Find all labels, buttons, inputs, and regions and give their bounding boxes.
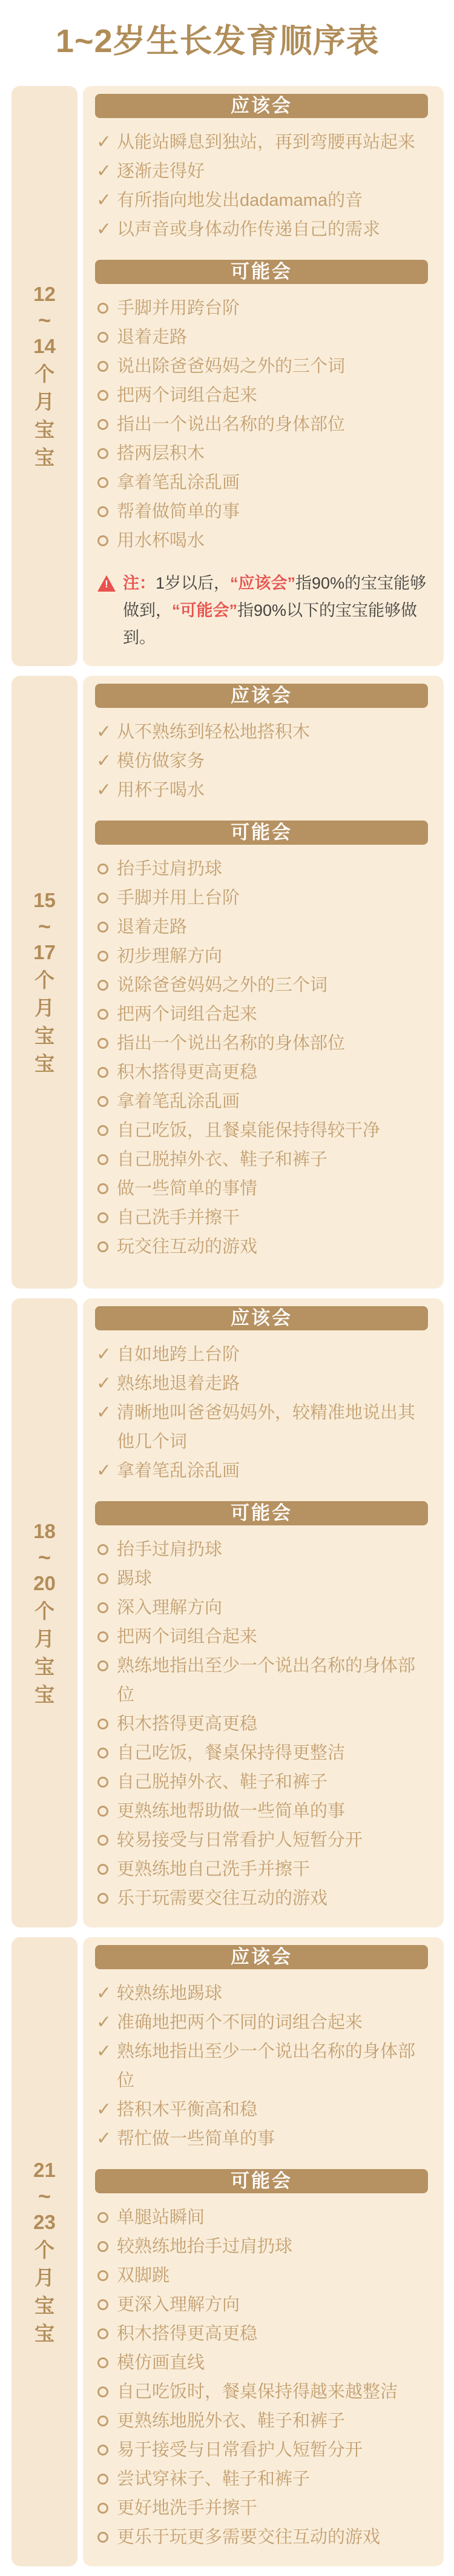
item-text: 用杯子喝水 [117,776,428,805]
circle-icon [97,1893,108,1904]
list-item: 说出除爸爸妈妈之外的三个词 [95,352,428,381]
marker-cell [95,526,117,546]
list-item: 熟练地指出至少一个说出名称的身体部位 [95,1651,428,1709]
age-label-token: 15 [33,887,56,914]
marker-cell [95,2232,117,2252]
list-item: 较熟练地抬手过肩扔球 [95,2232,428,2261]
check-icon: ✓ [95,1979,111,2008]
item-text: 搭积木平衡高和稳 [117,2095,428,2124]
group-header-might: 可能会 [95,260,428,284]
group-header-should: 应该会 [95,684,428,708]
check-icon: ✓ [95,2095,111,2124]
circle-icon [97,2445,108,2455]
marker-cell [95,1087,117,1107]
group-header-should: 应该会 [95,94,428,118]
circle-icon [97,1125,108,1136]
check-icon: ✓ [95,747,111,776]
age-sidebar: 12~14个月宝宝 [12,86,77,666]
item-text: 自己吃饭，餐桌保持得更整洁 [117,1739,428,1768]
age-label-token: 月 [35,994,54,1022]
marker-cell [95,1000,117,1020]
item-text: 帮着做简单的事 [117,497,428,526]
circle-icon [97,2299,108,2310]
marker-cell: ✓ [95,157,117,186]
item-text: 双脚跳 [117,2261,428,2290]
list-item: 用水杯喝水 [95,526,428,555]
list-item: 更熟练地帮助做一些简单的事 [95,1797,428,1826]
marker-cell [95,971,117,991]
item-text: 拿着笔乱涂乱画 [117,1087,428,1116]
item-text: 指出一个说出名称的身体部位 [117,1029,428,1058]
marker-cell: ✓ [95,718,117,747]
item-text: 有所指向地发出dadamama的音 [117,186,428,215]
list-item: 把两个词组合起来 [95,1622,428,1651]
list-item: 抬手过肩扔球 [95,1535,428,1564]
circle-icon [97,1154,108,1165]
item-text: 把两个词组合起来 [117,1000,428,1029]
item-text: 退着走路 [117,323,428,352]
age-label-token: 18 [33,1518,56,1545]
marker-cell [95,1535,117,1555]
age-label-token: 14 [33,332,56,360]
list-item: 初步理解方向 [95,942,428,971]
item-text: 手脚并用上台阶 [117,883,428,913]
age-label-token: 个 [35,2236,54,2264]
marker-cell [95,381,117,401]
marker-cell [95,1651,117,1671]
age-section: 21~23个月宝宝应该会✓较熟练地踢球✓准确地把两个不同的词组合起来✓熟练地指出… [12,1937,454,2566]
note-segment: 注： [123,574,156,592]
circle-icon [97,419,108,430]
marker-cell [95,439,117,459]
list-item: 自己脱掉外衣、鞋子和裤子 [95,1768,428,1797]
item-text: 手脚并用跨台阶 [117,294,428,323]
age-label-token: 宝 [35,1653,54,1681]
page-title: 1~2岁生长发育顺序表 [56,22,454,61]
circle-icon [97,1835,108,1846]
check-icon: ✓ [95,1456,111,1485]
note-segment: 1岁以后， [156,574,230,592]
check-icon: ✓ [95,2037,111,2066]
item-text: 从不熟练到轻松地搭积木 [117,718,428,747]
item-text: 熟练地指出至少一个说出名称的身体部位 [117,2037,428,2095]
list-item: ✓拿着笔乱涂乱画 [95,1456,428,1485]
circle-icon [97,1212,108,1223]
list-item: 手脚并用跨台阶 [95,294,428,323]
list-item: ✓用杯子喝水 [95,776,428,805]
marker-cell [95,2261,117,2281]
marker-cell [95,854,117,874]
marker-cell [95,323,117,343]
list-item: 玩交往互动的游戏 [95,1232,428,1261]
item-text: 模仿做家务 [117,747,428,776]
content-panel: 应该会✓较熟练地踢球✓准确地把两个不同的词组合起来✓熟练地指出至少一个说出名称的… [83,1937,444,2566]
circle-icon [97,448,108,459]
list-item: ✓准确地把两个不同的词组合起来 [95,2008,428,2037]
marker-cell [95,1232,117,1252]
check-icon: ✓ [95,215,111,244]
list-item: 双脚跳 [95,2261,428,2290]
item-text: 初步理解方向 [117,942,428,971]
list-item: 深入理解方向 [95,1593,428,1622]
marker-cell [95,1622,117,1642]
item-text: 积木搭得更高更稳 [117,1709,428,1739]
item-list: 抬手过肩扔球手脚并用上台阶退着走路初步理解方向说除爸爸妈妈之外的三个词把两个词组… [95,854,428,1261]
circle-icon [97,2270,108,2281]
check-icon: ✓ [95,186,111,215]
marker-cell [95,352,117,372]
age-label-token: 宝 [35,444,54,472]
item-text: 拿着笔乱涂乱画 [117,1456,428,1485]
circle-icon [97,2416,108,2426]
item-text: 更深入理解方向 [117,2290,428,2319]
item-text: 指出一个说出名称的身体部位 [117,410,428,439]
item-text: 更熟练地脱外衣、鞋子和裤子 [117,2406,428,2436]
circle-icon [97,1660,108,1671]
age-label-token: 宝 [35,1681,54,1709]
item-text: 自如地跨上台阶 [117,1340,428,1369]
circle-icon [97,535,108,546]
item-text: 更熟练地帮助做一些简单的事 [117,1797,428,1826]
circle-icon [97,361,108,372]
age-label-token: ~ [38,1545,51,1570]
marker-cell: ✓ [95,1369,117,1398]
marker-cell [95,2377,117,2397]
age-label-token: ~ [38,308,51,332]
age-label-token: 个 [35,966,54,994]
list-item: ✓清晰地叫爸爸妈妈外，较精准地说出其他几个词 [95,1398,428,1456]
age-label-token: 20 [33,1570,56,1597]
age-label-token: 月 [35,388,54,416]
item-text: 帮忙做一些简单的事 [117,2124,428,2153]
check-icon: ✓ [95,776,111,805]
item-text: 较易接受与日常看护人短暂分开 [117,1826,428,1855]
item-text: 退着走路 [117,913,428,942]
item-list: 手脚并用跨台阶退着走路说出除爸爸妈妈之外的三个词把两个词组合起来指出一个说出名称… [95,294,428,555]
marker-cell [95,1145,117,1165]
marker-cell [95,942,117,962]
list-item: ✓熟练地退着走路 [95,1369,428,1398]
age-label-token: 23 [33,2208,56,2236]
circle-icon [97,1067,108,1078]
circle-icon [97,2328,108,2339]
item-list: ✓从能站瞬息到独站，再到弯腰再站起来✓逐渐走得好✓有所指向地发出dadamama… [95,128,428,244]
list-item: 模仿画直线 [95,2348,428,2377]
note-segment: “应该会” [230,574,295,592]
marker-cell [95,2436,117,2455]
circle-icon [97,922,108,933]
marker-cell: ✓ [95,2095,117,2124]
circle-icon [97,1241,108,1252]
list-item: 乐于玩需要交往互动的游戏 [95,1884,428,1913]
marker-cell [95,1768,117,1788]
list-item: 自己吃饭时，餐桌保持得越来越整洁 [95,2377,428,2406]
content-panel: 应该会✓自如地跨上台阶✓熟练地退着走路✓清晰地叫爸爸妈妈外，较精准地说出其他几个… [83,1298,444,1927]
marker-cell: ✓ [95,186,117,215]
circle-icon [97,951,108,962]
marker-cell [95,883,117,903]
circle-icon [97,506,108,517]
item-list: ✓自如地跨上台阶✓熟练地退着走路✓清晰地叫爸爸妈妈外，较精准地说出其他几个词✓拿… [95,1340,428,1485]
age-label-token: 宝 [35,2320,54,2348]
list-item: 拿着笔乱涂乱画 [95,1087,428,1116]
circle-icon [97,2241,108,2252]
item-text: 自己吃饭时，餐桌保持得越来越整洁 [117,2377,428,2406]
list-item: 踢球 [95,1564,428,1593]
circle-icon [97,864,108,874]
list-item: 自己脱掉外衣、鞋子和裤子 [95,1145,428,1174]
note-segment: “可能会” [172,601,237,619]
item-text: 说除爸爸妈妈之外的三个词 [117,971,428,1000]
list-item: 退着走路 [95,913,428,942]
circle-icon [97,2503,108,2514]
item-text: 搭两层积木 [117,439,428,468]
check-icon: ✓ [95,1398,111,1427]
check-icon: ✓ [95,1340,111,1369]
age-label-token: ~ [38,914,51,939]
circle-icon [97,2532,108,2543]
marker-cell: ✓ [95,1456,117,1485]
age-label-token: 21 [33,2156,56,2184]
marker-cell [95,468,117,488]
list-item: 更深入理解方向 [95,2290,428,2319]
marker-cell [95,1739,117,1759]
item-text: 单腿站瞬间 [117,2203,428,2232]
list-item: 积木搭得更高更稳 [95,2319,428,2348]
circle-icon [97,2357,108,2368]
marker-cell [95,2319,117,2339]
item-text: 以声音或身体动作传递自己的需求 [117,215,428,244]
marker-cell: ✓ [95,2008,117,2037]
item-list: 单腿站瞬间较熟练地抬手过肩扔球双脚跳更深入理解方向积木搭得更高更稳模仿画直线自己… [95,2203,428,2552]
age-label-token: 宝 [35,2292,54,2320]
item-text: 拿着笔乱涂乱画 [117,468,428,497]
marker-cell: ✓ [95,1340,117,1369]
circle-icon [97,1544,108,1555]
item-text: 抬手过肩扔球 [117,1535,428,1564]
list-item: 更熟练地自己洗手并擦干 [95,1855,428,1884]
list-item: 积木搭得更高更稳 [95,1709,428,1739]
item-text: 逐渐走得好 [117,157,428,186]
age-sidebar: 18~20个月宝宝 [12,1298,77,1927]
group-header-might: 可能会 [95,1501,428,1525]
marker-cell [95,2406,117,2426]
check-icon: ✓ [95,2124,111,2153]
item-text: 用水杯喝水 [117,526,428,555]
marker-cell [95,2494,117,2514]
age-sidebar: 15~17个月宝宝 [12,676,77,1289]
warning-icon: ! [97,575,118,592]
circle-icon [97,1009,108,1020]
list-item: 积木搭得更高更稳 [95,1058,428,1087]
age-section: 18~20个月宝宝应该会✓自如地跨上台阶✓熟练地退着走路✓清晰地叫爸爸妈妈外，较… [12,1298,454,1927]
age-label-token: 宝 [35,1022,54,1050]
item-text: 更乐于玩更多需要交往互动的游戏 [117,2523,428,2552]
age-label-token: 宝 [35,1050,54,1078]
item-list: ✓较熟练地踢球✓准确地把两个不同的词组合起来✓熟练地指出至少一个说出名称的身体部… [95,1979,428,2153]
marker-cell [95,1203,117,1223]
age-label-token: ~ [38,2184,51,2208]
list-item: ✓从不熟练到轻松地搭积木 [95,718,428,747]
marker-cell [95,497,117,517]
circle-icon [97,390,108,401]
marker-cell [95,410,117,430]
circle-icon [97,477,108,488]
age-label-token: 宝 [35,416,54,444]
list-item: 自己吃饭，餐桌保持得更整洁 [95,1739,428,1768]
item-text: 自己洗手并擦干 [117,1203,428,1232]
marker-cell [95,2203,117,2223]
list-item: 把两个词组合起来 [95,381,428,410]
circle-icon [97,2474,108,2485]
age-section: 15~17个月宝宝应该会✓从不熟练到轻松地搭积木✓模仿做家务✓用杯子喝水可能会抬… [12,676,454,1289]
list-item: ✓搭积木平衡高和稳 [95,2095,428,2124]
circle-icon [97,332,108,343]
circle-icon [97,1183,108,1194]
list-item: 尝试穿袜子、鞋子和裤子 [95,2465,428,2494]
circle-icon [97,303,108,314]
marker-cell [95,1029,117,1049]
item-text: 更熟练地自己洗手并擦干 [117,1855,428,1884]
item-text: 模仿画直线 [117,2348,428,2377]
marker-cell [95,1884,117,1904]
circle-icon [97,1602,108,1613]
circle-icon [97,2212,108,2223]
marker-cell: ✓ [95,128,117,157]
content-panel: 应该会✓从不熟练到轻松地搭积木✓模仿做家务✓用杯子喝水可能会抬手过肩扔球手脚并用… [83,676,444,1289]
list-item: 手脚并用上台阶 [95,883,428,913]
item-text: 清晰地叫爸爸妈妈外，较精准地说出其他几个词 [117,1398,428,1456]
age-label-token: 个 [35,1597,54,1625]
age-sidebar: 21~23个月宝宝 [12,1937,77,2566]
list-item: 易于接受与日常看护人短暂分开 [95,2436,428,2465]
marker-cell [95,1564,117,1584]
item-text: 熟练地退着走路 [117,1369,428,1398]
item-list: ✓从不熟练到轻松地搭积木✓模仿做家务✓用杯子喝水 [95,718,428,805]
marker-cell [95,1855,117,1875]
check-icon: ✓ [95,2008,111,2037]
list-item: 更乐于玩更多需要交往互动的游戏 [95,2523,428,2552]
age-section: 12~14个月宝宝应该会✓从能站瞬息到独站，再到弯腰再站起来✓逐渐走得好✓有所指… [12,86,454,666]
check-icon: ✓ [95,128,111,157]
list-item: 把两个词组合起来 [95,1000,428,1029]
circle-icon [97,1631,108,1642]
item-text: 积木搭得更高更稳 [117,2319,428,2348]
note-text: 注：1岁以后，“应该会”指90%的宝宝能够做到，“可能会”指90%以下的宝宝能够… [118,570,428,652]
note: !注：1岁以后，“应该会”指90%的宝宝能够做到，“可能会”指90%以下的宝宝能… [95,570,428,652]
list-item: ✓以声音或身体动作传递自己的需求 [95,215,428,244]
list-item: ✓逐渐走得好 [95,157,428,186]
list-item: 搭两层积木 [95,439,428,468]
marker-cell [95,2523,117,2543]
check-icon: ✓ [95,718,111,747]
item-text: 把两个词组合起来 [117,381,428,410]
marker-cell [95,1174,117,1194]
marker-cell [95,2348,117,2368]
item-list: 抬手过肩扔球踢球深入理解方向把两个词组合起来熟练地指出至少一个说出名称的身体部位… [95,1535,428,1913]
marker-cell [95,1709,117,1729]
marker-cell: ✓ [95,747,117,776]
marker-cell [95,1058,117,1078]
item-text: 自己脱掉外衣、鞋子和裤子 [117,1145,428,1174]
item-text: 说出除爸爸妈妈之外的三个词 [117,352,428,381]
item-text: 熟练地指出至少一个说出名称的身体部位 [117,1651,428,1709]
circle-icon [97,1748,108,1759]
group-header-might: 可能会 [95,2169,428,2193]
list-item: 较易接受与日常看护人短暂分开 [95,1826,428,1855]
list-item: 自己吃饭，且餐桌能保持得较干净 [95,1116,428,1145]
list-item: 指出一个说出名称的身体部位 [95,410,428,439]
marker-cell [95,2290,117,2310]
list-item: ✓熟练地指出至少一个说出名称的身体部位 [95,2037,428,2095]
age-label-token: 月 [35,2264,54,2292]
circle-icon [97,1573,108,1584]
marker-cell [95,1826,117,1846]
marker-cell [95,1797,117,1817]
marker-cell [95,2465,117,2485]
list-item: 帮着做简单的事 [95,497,428,526]
item-text: 深入理解方向 [117,1593,428,1622]
group-header-might: 可能会 [95,821,428,845]
circle-icon [97,893,108,903]
item-text: 把两个词组合起来 [117,1622,428,1651]
warning-mark: ! [97,578,116,590]
check-icon: ✓ [95,1369,111,1398]
list-item: ✓帮忙做一些简单的事 [95,2124,428,2153]
sections-container: 12~14个月宝宝应该会✓从能站瞬息到独站，再到弯腰再站起来✓逐渐走得好✓有所指… [0,86,454,2566]
marker-cell [95,1593,117,1613]
item-text: 较熟练地抬手过肩扔球 [117,2232,428,2261]
list-item: 抬手过肩扔球 [95,854,428,883]
list-item: 做一些简单的事情 [95,1174,428,1203]
item-text: 玩交往互动的游戏 [117,1232,428,1261]
marker-cell [95,1116,117,1136]
marker-cell: ✓ [95,1398,117,1427]
list-item: 退着走路 [95,323,428,352]
list-item: ✓较熟练地踢球 [95,1979,428,2008]
marker-cell: ✓ [95,1979,117,2008]
check-icon: ✓ [95,157,111,186]
marker-cell: ✓ [95,215,117,244]
item-text: 更好地洗手并擦干 [117,2494,428,2523]
list-item: ✓从能站瞬息到独站，再到弯腰再站起来 [95,128,428,157]
list-item: ✓有所指向地发出dadamama的音 [95,186,428,215]
circle-icon [97,1719,108,1729]
item-text: 乐于玩需要交往互动的游戏 [117,1884,428,1913]
list-item: 更好地洗手并擦干 [95,2494,428,2523]
circle-icon [97,2386,108,2397]
group-header-should: 应该会 [95,1945,428,1969]
list-item: 说除爸爸妈妈之外的三个词 [95,971,428,1000]
group-header-should: 应该会 [95,1306,428,1330]
item-text: 积木搭得更高更稳 [117,1058,428,1087]
list-item: 拿着笔乱涂乱画 [95,468,428,497]
circle-icon [97,1038,108,1049]
marker-cell: ✓ [95,2037,117,2066]
list-item: 更熟练地脱外衣、鞋子和裤子 [95,2406,428,2436]
item-text: 较熟练地踢球 [117,1979,428,2008]
marker-cell [95,913,117,933]
circle-icon [97,1777,108,1788]
circle-icon [97,1864,108,1875]
age-label-token: 17 [33,939,56,966]
item-text: 易于接受与日常看护人短暂分开 [117,2436,428,2465]
item-text: 从能站瞬息到独站，再到弯腰再站起来 [117,128,428,157]
list-item: ✓模仿做家务 [95,747,428,776]
item-text: 准确地把两个不同的词组合起来 [117,2008,428,2037]
marker-cell: ✓ [95,776,117,805]
content-panel: 应该会✓从能站瞬息到独站，再到弯腰再站起来✓逐渐走得好✓有所指向地发出dadam… [83,86,444,666]
